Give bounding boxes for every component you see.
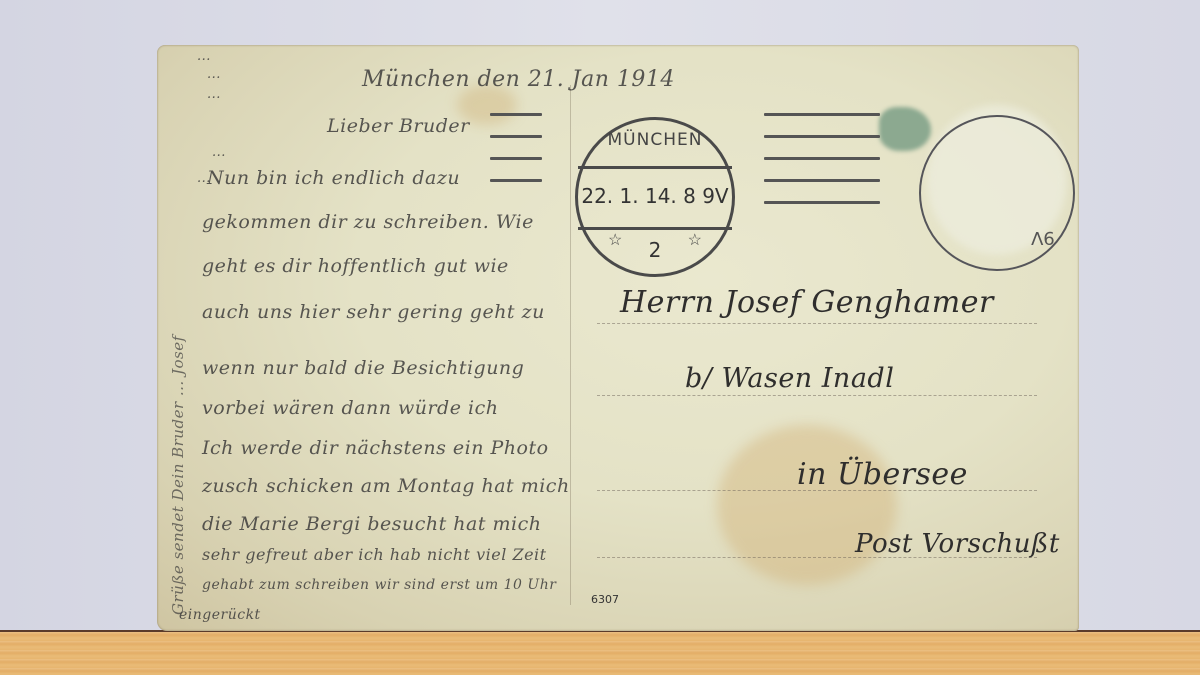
message-line: geht es dir hoffentlich gut wie bbox=[202, 255, 509, 277]
printed-card-number: 6307 bbox=[591, 593, 619, 606]
side-note: Grüße sendet Dein Bruder ... Josef bbox=[169, 335, 187, 615]
message-line: zusch schicken am Montag hat mich bbox=[202, 475, 570, 497]
cancel-bars-left bbox=[490, 113, 542, 201]
message-line: sehr gefreut aber ich hab nicht viel Zei… bbox=[202, 545, 547, 564]
message-heading: München den 21. Jan 1914 bbox=[362, 67, 675, 92]
message-line: die Marie Bergi besucht hat mich bbox=[202, 513, 541, 535]
address-post: Post Vorschußt bbox=[855, 529, 1060, 559]
message-line: gehabt zum schreiben wir sind erst um 10… bbox=[202, 577, 556, 593]
message-line: Nun bin ich endlich dazu bbox=[207, 167, 460, 189]
postcard: München den 21. Jan 1914 ... ... ... ...… bbox=[157, 45, 1079, 631]
top-note: ... bbox=[207, 87, 221, 102]
message-line: auch uns hier sehr gering geht zu bbox=[202, 301, 545, 323]
munich-postmark: MÜNCHEN 22. 1. 14. 8 9V ☆ ☆ 2 bbox=[575, 117, 735, 277]
address-line-2: b/ Wasen Inadl bbox=[685, 363, 894, 394]
cancel-bars-right bbox=[764, 113, 880, 223]
address-line bbox=[597, 323, 1037, 324]
message-line: Ich werde dir nächstens ein Photo bbox=[202, 437, 549, 459]
top-note: ... bbox=[212, 145, 226, 160]
message-line: vorbei wären dann würde ich bbox=[202, 397, 498, 419]
address-recipient: Herrn Josef Genghamer bbox=[620, 285, 994, 320]
address-town: in Übersee bbox=[797, 457, 968, 492]
postmark-fragment: 9V bbox=[1031, 227, 1055, 248]
top-note: ... bbox=[207, 67, 221, 82]
message-line: eingerückt bbox=[179, 607, 261, 623]
address-line bbox=[597, 395, 1037, 396]
top-note: ... bbox=[197, 49, 211, 64]
green-stain bbox=[879, 107, 931, 151]
card-divider bbox=[570, 85, 571, 605]
wooden-table bbox=[0, 630, 1200, 675]
age-stain bbox=[717, 425, 897, 585]
message-line: Lieber Bruder bbox=[327, 115, 470, 137]
message-line: gekommen dir zu schreiben. Wie bbox=[202, 211, 534, 233]
postmark-city: MÜNCHEN bbox=[578, 130, 732, 150]
message-line: wenn nur bald die Besichtigung bbox=[202, 357, 524, 379]
partial-postmark: 9V bbox=[919, 115, 1075, 271]
postmark-office-number: 2 bbox=[578, 238, 732, 262]
postmark-date: 22. 1. 14. 8 9V bbox=[578, 184, 732, 208]
